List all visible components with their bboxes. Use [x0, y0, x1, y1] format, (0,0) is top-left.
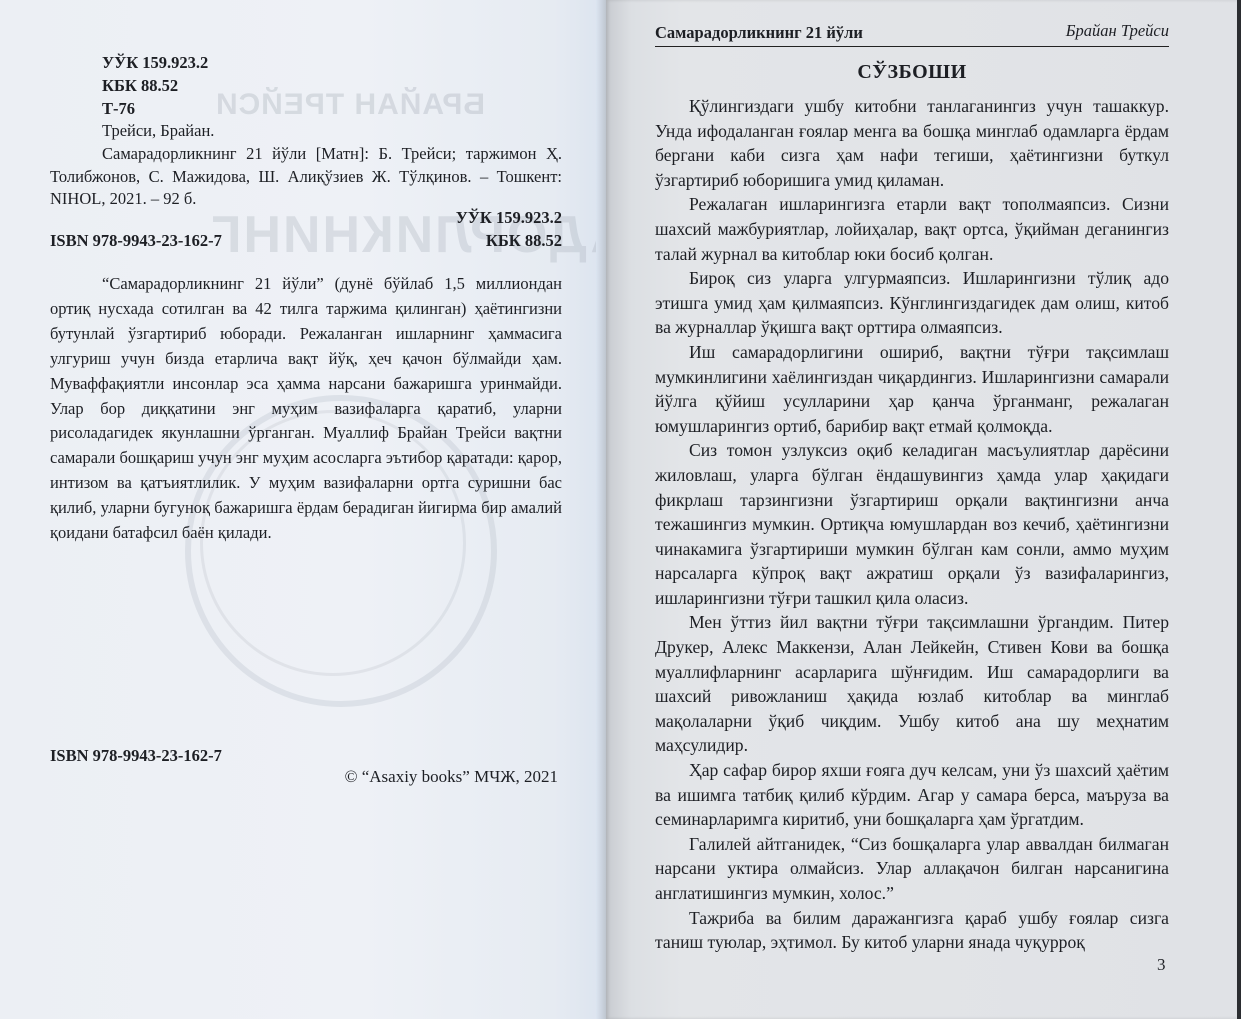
- paragraph: Режалаган ишларингизга етарли вақт топол…: [655, 192, 1169, 266]
- author-line: Трейси, Брайан.: [102, 120, 214, 143]
- chapter-title: СЎЗБОШИ: [655, 61, 1169, 84]
- page-number: 3: [1157, 955, 1166, 975]
- running-head: Самарадорликнинг 21 йўли Брайан Трейси: [655, 20, 1169, 47]
- paragraph: Тажриба ва билим даражангизга қараб ушбу…: [655, 906, 1169, 955]
- isbn-bottom: ISBN 978-9943-23-162-7: [50, 745, 222, 768]
- paragraph: Мен ўттиз йил вақтни тўғри тақсимлашни ў…: [655, 610, 1169, 758]
- running-head-title: Самарадорликнинг 21 йўли: [655, 23, 863, 43]
- udk-code: УЎК 159.923.2: [102, 52, 208, 75]
- chapter-body: Қўлингиздаги ушбу китобни танлаганингиз …: [655, 94, 1169, 955]
- bbk-code: КБК 88.52: [102, 75, 178, 98]
- page-edge-shadow: [1237, 0, 1241, 1019]
- udk-code-right: УЎК 159.923.2: [456, 207, 562, 230]
- isbn-top: ISBN 978-9943-23-162-7: [50, 230, 222, 253]
- bibliographic-description: Самарадорликнинг 21 йўли [Матн]: Б. Трей…: [50, 143, 562, 211]
- paragraph: Бироқ сиз уларга улгурмаяпсиз. Ишларинги…: [655, 266, 1169, 340]
- open-book-spread: БРАЙАН ТРЕЙСИ САМАРАДОРЛИКНИНГ УЎК 159.9…: [0, 0, 1241, 1019]
- paragraph: Сиз томон узлуксиз оқиб келадиган масъул…: [655, 438, 1169, 610]
- paragraph: Галилей айтганидек, “Сиз бошқаларга улар…: [655, 832, 1169, 906]
- paragraph: Қўлингиздаги ушбу китобни танлаганингиз …: [655, 94, 1169, 192]
- paragraph: Иш самарадорлигини ошириб, вақтни тўғри …: [655, 340, 1169, 438]
- author-mark: Т-76: [102, 98, 135, 121]
- copyright-notice: © “Asaxiy books” МЧЖ, 2021: [345, 766, 558, 789]
- paragraph: Ҳар сафар бирор яхши ғояга дуч келсам, у…: [655, 758, 1169, 832]
- running-head-author: Брайан Трейси: [1066, 21, 1169, 41]
- bbk-code-right: КБК 88.52: [486, 230, 562, 253]
- book-annotation: “Самарадорликнинг 21 йўли” (дунё бўйлаб …: [50, 272, 562, 546]
